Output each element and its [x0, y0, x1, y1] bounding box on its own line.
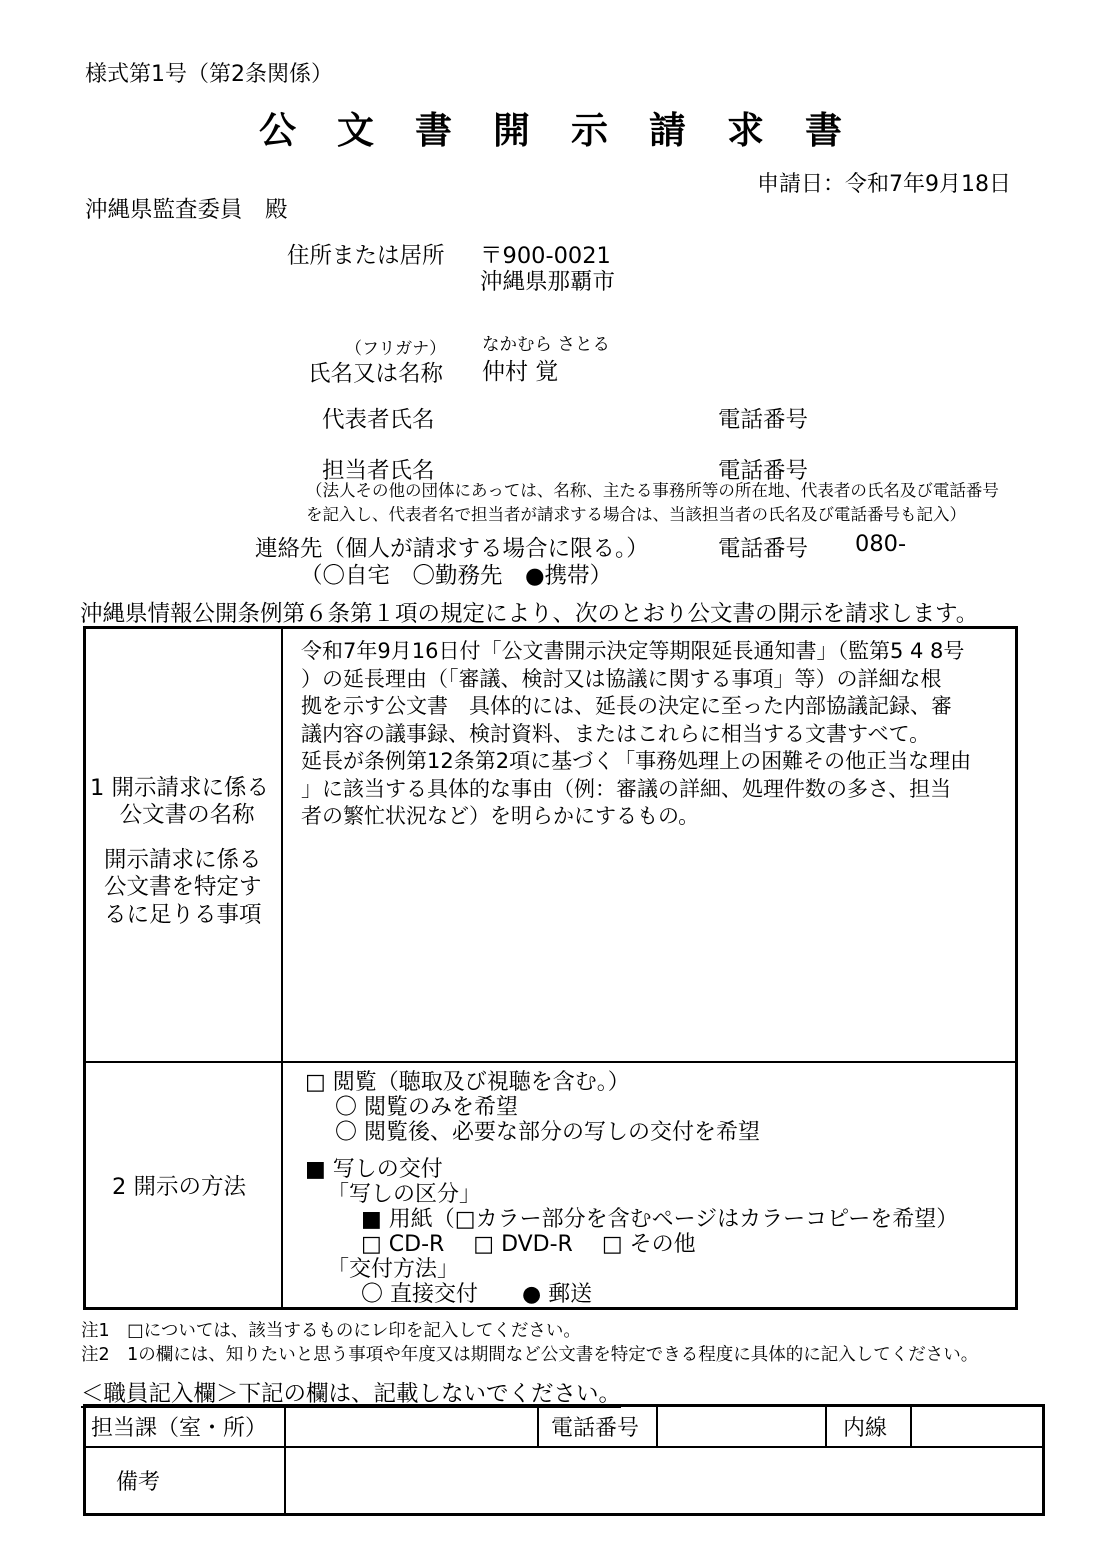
- representative-name-label: 代表者氏名: [322, 402, 435, 434]
- contact-type-options: （〇自宅 〇勤務先 ●携帯）: [300, 558, 612, 590]
- name-value: 仲村 覚: [482, 353, 558, 386]
- checkbox-paper-option: ■ 用紙（□カラー部分を含むページはカラーコピーを希望）: [305, 1207, 1011, 1232]
- addressee: 沖縄県監査委員 殿: [85, 192, 288, 224]
- contact-phone-label: 電話番号: [718, 531, 808, 563]
- radio-delivery-options: 〇 直接交付 ● 郵送: [305, 1282, 1011, 1307]
- address-label: 住所または居所: [287, 238, 445, 270]
- radio-view-only-option: 〇 閲覧のみを希望: [305, 1095, 1011, 1120]
- remarks-value-cell: [286, 1448, 1042, 1513]
- extension-label: 内線: [827, 1407, 912, 1448]
- radio-view-then-copy-option: 〇 閲覧後、必要な部分の写しの交付を希望: [305, 1120, 1011, 1145]
- department-value-cell: [286, 1407, 539, 1448]
- name-label: 氏名又は名称: [308, 356, 443, 388]
- requested-document-description: 令和7年9月16日付「公文書開示決定等期限延長通知書」（監第5 4 8号 ）の延…: [283, 629, 1015, 1063]
- request-table: 1 開示請求に係る 公文書の名称 開示請求に係る 公文書を特定す るに足りる事項…: [83, 626, 1018, 1310]
- delivery-method-heading: 「交付方法」: [305, 1257, 1011, 1282]
- disclosure-method-options: □ 閲覧（聴取及び視聴を含む。） 〇 閲覧のみを希望 〇 閲覧後、必要な部分の写…: [283, 1063, 1015, 1307]
- address-value: 沖縄県那覇市: [480, 264, 615, 296]
- disclosure-request-form: 様式第1号（第2条関係） 公 文 書 開 示 請 求 書 申請日：令和7年9月1…: [0, 0, 1103, 1559]
- checkbox-media-options: □ CD-R □ DVD-R □ その他: [305, 1232, 1011, 1257]
- disclosure-method-label: 2 開示の方法: [86, 1063, 283, 1307]
- checkbox-copy-option: ■ 写しの交付: [305, 1157, 1011, 1182]
- footnote-1: 注1 □については、該当するものにレ印を記入してください。: [81, 1317, 581, 1342]
- copy-type-heading: 「写しの区分」: [305, 1182, 1011, 1207]
- form-number: 様式第1号（第2条関係）: [85, 57, 333, 88]
- requested-document-label-cell: 1 開示請求に係る 公文書の名称 開示請求に係る 公文書を特定す るに足りる事項: [86, 629, 283, 1063]
- document-identification-label: 開示請求に係る 公文書を特定す るに足りる事項: [90, 847, 279, 929]
- application-date: 申請日：令和7年9月18日: [757, 167, 1011, 198]
- page-title: 公 文 書 開 示 請 求 書: [0, 100, 1103, 154]
- requested-document-name-label: 1 開示請求に係る 公文書の名称: [90, 775, 279, 830]
- checkbox-view-option: □ 閲覧（聴取及び視聴を含む。）: [305, 1070, 1011, 1095]
- extension-value-cell: [912, 1407, 1042, 1448]
- remarks-label: 備考: [86, 1448, 286, 1513]
- request-statement: 沖縄県情報公開条例第６条第１項の規定により、次のとおり公文書の開示を請求します。: [80, 596, 978, 628]
- representative-phone-label: 電話番号: [718, 402, 808, 434]
- staff-entry-table: 担当課（室・所） 電話番号 内線 備考: [83, 1404, 1045, 1516]
- department-label: 担当課（室・所）: [86, 1407, 286, 1448]
- staff-phone-value-cell: [658, 1407, 827, 1448]
- staff-phone-label: 電話番号: [539, 1407, 658, 1448]
- footnote-2: 注2 1の欄には、知りたいと思う事項や年度又は期間など公文書を特定できる程度に具…: [81, 1341, 978, 1366]
- contact-phone-value: 080-: [855, 531, 906, 557]
- corporate-note: （法人その他の団体にあっては、名称、主たる事務所等の所在地、代表者の氏名及び電話…: [306, 479, 1046, 528]
